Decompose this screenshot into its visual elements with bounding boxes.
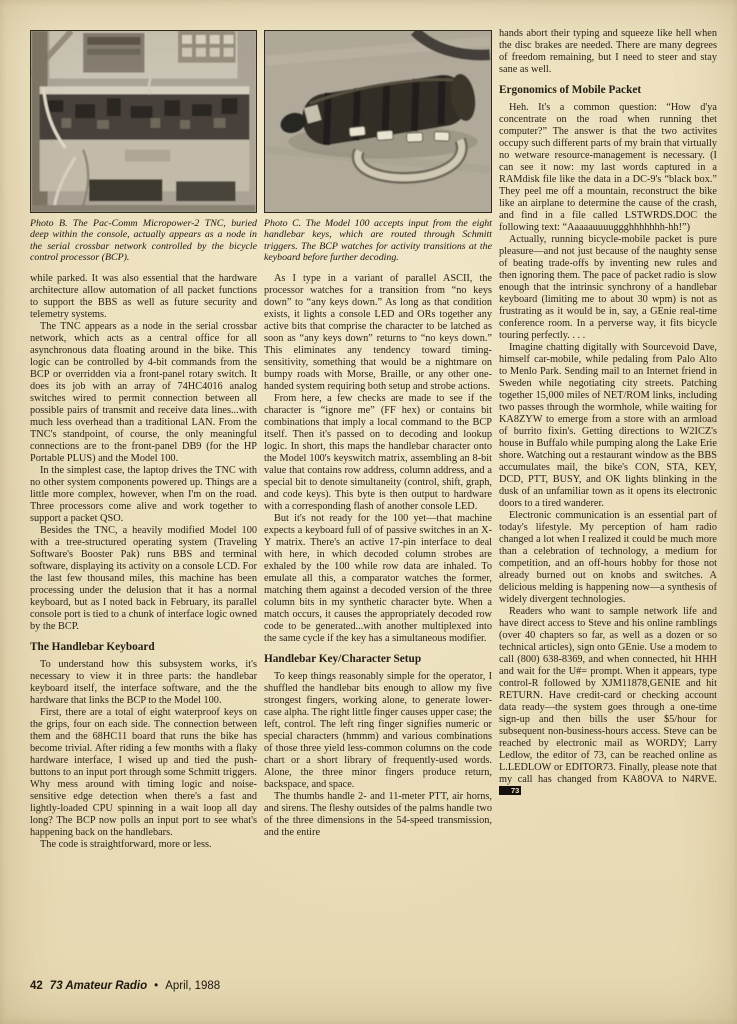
photo-c-figure: Photo C. The Model 100 accepts input fro…	[264, 30, 492, 264]
paragraph: Imagine chatting digitally with Sourcevo…	[499, 342, 717, 510]
column-3-text: hands abort their typing and squeeze lik…	[499, 28, 717, 798]
article-end-mark: 73	[499, 786, 521, 795]
paragraph: The thumbs handle 2- and 11-meter PTT, a…	[264, 791, 492, 839]
paragraph: Besides the TNC, a heavily modified Mode…	[30, 525, 257, 633]
page-number: 42	[30, 980, 43, 992]
footer-bullet: •	[154, 980, 158, 992]
page-footer: 42 73 Amateur Radio • April, 1988	[30, 980, 220, 992]
photo-b-image	[30, 30, 257, 213]
issue-date: April, 1988	[165, 980, 220, 992]
section-heading-handlebar-keyboard: The Handlebar Keyboard	[30, 641, 257, 654]
paragraph: To keep things reasonably simple for the…	[264, 671, 492, 791]
photo-b-caption: Photo B. The Pac-Comm Micropower-2 TNC, …	[30, 218, 257, 264]
paragraph: Heh. It's a common question: “How d'ya c…	[499, 102, 717, 234]
section-heading-key-character-setup: Handlebar Key/Character Setup	[264, 653, 492, 666]
paragraph: But it's not ready for the 100 yet—that …	[264, 513, 492, 645]
paragraph: Actually, running bicycle-mobile packet …	[499, 234, 717, 342]
column-1-text: while parked. It was also essential that…	[30, 273, 257, 851]
photo-b-figure: Photo B. The Pac-Comm Micropower-2 TNC, …	[30, 30, 257, 264]
photo-c-caption: Photo C. The Model 100 accepts input fro…	[264, 218, 492, 264]
paragraph: hands abort their typing and squeeze lik…	[499, 28, 717, 76]
paragraph: Readers who want to sample network life …	[499, 606, 717, 798]
paragraph: To understand how this subsystem works, …	[30, 659, 257, 707]
column-1: Photo B. The Pac-Comm Micropower-2 TNC, …	[30, 30, 257, 851]
paragraph: Electronic communication is an essential…	[499, 510, 717, 606]
paragraph: The TNC appears as a node in the serial …	[30, 321, 257, 465]
paragraph: As I type in a variant of parallel ASCII…	[264, 273, 492, 393]
paragraph: From here, a few checks are made to see …	[264, 393, 492, 513]
column-3: hands abort their typing and squeeze lik…	[499, 28, 717, 798]
paragraph-text: Readers who want to sample network life …	[499, 606, 717, 785]
photo-c-image	[264, 30, 492, 213]
column-2: Photo C. The Model 100 accepts input fro…	[264, 30, 492, 839]
column-2-text: As I type in a variant of parallel ASCII…	[264, 273, 492, 839]
paragraph: The code is straightforward, more or les…	[30, 839, 257, 851]
paragraph: First, there are a total of eight waterp…	[30, 707, 257, 839]
paragraph: In the simplest case, the laptop drives …	[30, 465, 257, 525]
magazine-title: 73 Amateur Radio	[50, 980, 147, 992]
paragraph: while parked. It was also essential that…	[30, 273, 257, 321]
section-heading-ergonomics: Ergonomics of Mobile Packet	[499, 84, 717, 97]
magazine-page: Photo B. The Pac-Comm Micropower-2 TNC, …	[0, 0, 737, 1024]
